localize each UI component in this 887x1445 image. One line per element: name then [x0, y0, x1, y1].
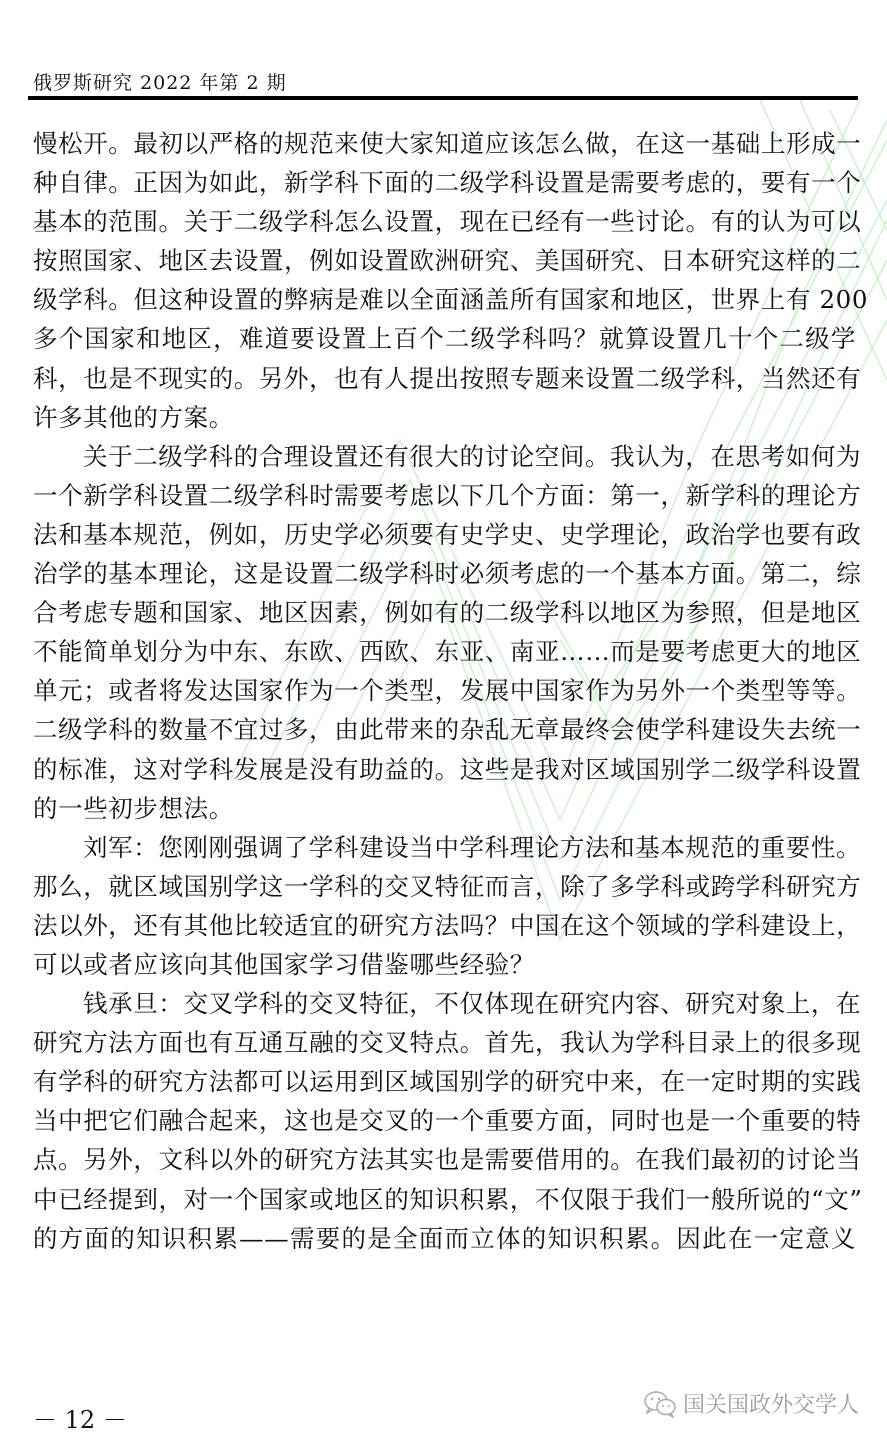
header-rule — [28, 96, 858, 100]
text-line: 一个新学科设置二级学科时需要考虑以下几个方面：第一，新学科的理论方 — [33, 476, 856, 515]
text-line: 法以外，还有其他比较适宜的研究方法吗？中国在这个领域的学科建设上， — [33, 906, 856, 945]
text-line: 科，也是不现实的。另外，也有人提出按照专题来设置二级学科，当然还有 — [33, 359, 856, 398]
paragraph-1: 慢松开。最初以严格的规范来使大家知道应该怎么做，在这一基础上形成一 种自律。正因… — [33, 124, 856, 437]
text-line: 的一些初步想法。 — [33, 789, 856, 828]
text-line: 那么，就区域国别学这一学科的交叉特征而言，除了多学科或跨学科研究方 — [33, 867, 856, 906]
text-line: 基本的范围。关于二级学科怎么设置，现在已经有一些讨论。有的认为可以 — [33, 202, 856, 241]
text-line: 二级学科的数量不宜过多，由此带来的杂乱无章最终会使学科建设失去统一 — [33, 710, 856, 749]
text-line: 级学科。但这种设置的弊病是难以全面涵盖所有国家和地区，世界上有 200 — [33, 280, 856, 319]
brand-name: 国关国政外交学人 — [683, 1388, 859, 1419]
paragraph-answer-qian-chengdan: 钱承旦：交叉学科的交叉特征，不仅体现在研究内容、研究对象上，在 研究方法方面也有… — [33, 984, 856, 1258]
article-body: 慢松开。最初以严格的规范来使大家知道应该怎么做，在这一基础上形成一 种自律。正因… — [33, 124, 856, 1258]
text-line: 有学科的研究方法都可以运用到区域国别学的研究中来，在一定时期的实践 — [33, 1062, 856, 1101]
text-line: 钱承旦：交叉学科的交叉特征，不仅体现在研究内容、研究对象上，在 — [33, 984, 856, 1023]
brand-watermark: 国关国政外交学人 — [643, 1388, 859, 1419]
wechat-icon — [643, 1390, 677, 1418]
text-line: 单元；或者将发达国家作为一个类型，发展中国家作为另外一个类型等等。 — [33, 671, 856, 710]
text-line: 不能简单划分为中东、东欧、西欧、东亚、南亚……而是要考虑更大的地区 — [33, 632, 856, 671]
text-line: 中已经提到，对一个国家或地区的知识积累，不仅限于我们一般所说的“文” — [33, 1180, 856, 1219]
text-line: 多个国家和地区，难道要设置上百个二级学科吗？就算设置几十个二级学 — [33, 319, 856, 358]
text-line: 可以或者应该向其他国家学习借鉴哪些经验？ — [33, 945, 856, 984]
paragraph-2: 关于二级学科的合理设置还有很大的讨论空间。我认为，在思考如何为 一个新学科设置二… — [33, 437, 856, 828]
text-line: 合考虑专题和国家、地区因素，例如有的二级学科以地区为参照，但是地区 — [33, 593, 856, 632]
text-line: 法和基本规范，例如，历史学必须要有史学史、史学理论，政治学也要有政 — [33, 515, 856, 554]
text-line: 点。另外，文科以外的研究方法其实也是需要借用的。在我们最初的讨论当 — [33, 1140, 856, 1179]
text-line: 许多其他的方案。 — [33, 398, 856, 437]
text-line: 的标准，这对学科发展是没有助益的。这些是我对区域国别学二级学科设置 — [33, 750, 856, 789]
text-line: 当中把它们融合起来，这也是交叉的一个重要方面，同时也是一个重要的特 — [33, 1101, 856, 1140]
running-header: 俄罗斯研究 2022 年第 2 期 — [33, 68, 287, 95]
text-line: 按照国家、地区去设置，例如设置欧洲研究、美国研究、日本研究这样的二 — [33, 241, 856, 280]
text-line: 种自律。正因为如此，新学科下面的二级学科设置是需要考虑的，要有一个 — [33, 163, 856, 202]
text-line: 治学的基本理论，这是设置二级学科时必须考虑的一个基本方面。第二，综 — [33, 554, 856, 593]
text-line: 慢松开。最初以严格的规范来使大家知道应该怎么做，在这一基础上形成一 — [33, 124, 856, 163]
text-line: 研究方法方面也有互通互融的交叉特点。首先，我认为学科目录上的很多现 — [33, 1023, 856, 1062]
text-line: 的方面的知识积累——需要的是全面而立体的知识积累。因此在一定意义 — [33, 1219, 856, 1258]
text-line: 刘军：您刚刚强调了学科建设当中学科理论方法和基本规范的重要性。 — [33, 828, 856, 867]
text-line: 关于二级学科的合理设置还有很大的讨论空间。我认为，在思考如何为 — [33, 437, 856, 476]
page-number: － 12 － — [33, 1400, 127, 1435]
paragraph-question-liu-jun: 刘军：您刚刚强调了学科建设当中学科理论方法和基本规范的重要性。 那么，就区域国别… — [33, 828, 856, 984]
